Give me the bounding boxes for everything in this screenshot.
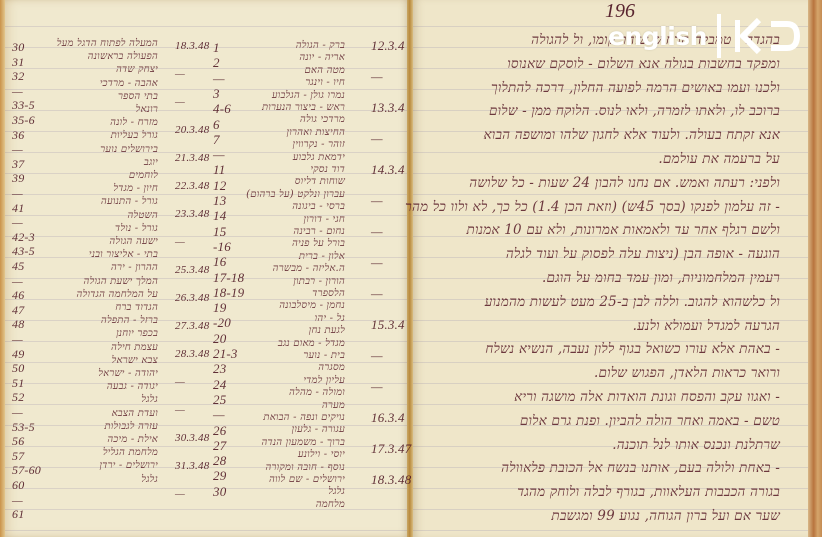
entry-date: — xyxy=(175,488,185,500)
index-entry: יהודה - ישראל xyxy=(98,368,158,379)
diary-line: על ברעמה את עולמם. xyxy=(420,151,780,167)
entry-date: 18.3.48 xyxy=(175,40,209,52)
index-entry: ההרון - ירה xyxy=(111,262,158,273)
index-number: 49 xyxy=(12,347,24,362)
margin-date: — xyxy=(371,131,383,147)
item-number: — xyxy=(213,407,225,423)
item-entry: בית - נוער xyxy=(303,350,345,361)
item-number: 23 xyxy=(213,361,226,377)
item-entry: ה.אליזה - מבשרה xyxy=(273,263,345,274)
margin-date: 16.3.4 xyxy=(371,410,405,426)
index-entry: ברזל - התפלה xyxy=(101,315,158,326)
logo-word: english xyxy=(608,22,707,51)
index-entry: על המלחמה הגדולה xyxy=(77,289,158,300)
index-number: — xyxy=(12,142,23,157)
index-number: 61 xyxy=(12,507,24,522)
entry-date: — xyxy=(175,236,185,248)
diary-line: בגורה הכבבות העלאוות, בגורף לבלה ולוחק מ… xyxy=(420,484,780,500)
index-number: 35-6 xyxy=(12,113,35,128)
margin-date: — xyxy=(371,348,383,364)
index-entry: יוגב xyxy=(144,157,158,168)
logo-divider xyxy=(717,14,721,58)
diary-line: - באהת אלא עורו כשואל בגוף ללון נעבה, הנ… xyxy=(420,341,780,357)
index-number: 48 xyxy=(12,317,24,332)
index-entry: הפעולה בראשונה xyxy=(88,51,158,62)
diary-line: טשם - באמה ואחר הולה להביון. ופנת גרם אל… xyxy=(420,413,780,429)
index-entry: בתי הספר xyxy=(118,91,158,102)
diary-line: ולכנו ועמו באושים הרמה לפועה החלון, דרכה… xyxy=(420,80,780,96)
diary-line: - באחת ולולה בעם, אותנו בנשח אל הכובת פל… xyxy=(420,460,780,476)
item-entry: זוהר - נקרווין xyxy=(293,139,345,150)
index-entry: גורל - התנועה xyxy=(101,196,158,207)
index-entry: בירושלים נוער xyxy=(100,144,158,155)
index-number: — xyxy=(12,274,23,289)
item-entry: נמרו גולן - הגלבוע xyxy=(272,90,345,101)
item-entry: מרדכי גולה xyxy=(300,114,345,125)
item-number: 7 xyxy=(213,132,220,148)
item-number: 3 xyxy=(213,86,220,102)
index-entry: גורל בעליות xyxy=(111,130,158,141)
item-number: 29 xyxy=(213,468,226,484)
margin-date: 12.3.4 xyxy=(371,38,405,54)
item-number: 21-3 xyxy=(213,346,238,362)
item-number: 13 xyxy=(213,193,226,209)
entry-date: 22.3.48 xyxy=(175,180,209,192)
item-number: 20 xyxy=(213,331,226,347)
diary-line: ומפקד בחשבות בגולה אנא השלום - לוסקם שאנ… xyxy=(420,56,780,72)
index-number: 56 xyxy=(12,434,24,449)
entry-date: — xyxy=(175,68,185,80)
item-number: 2 xyxy=(213,55,220,71)
margin-date: 15.3.4 xyxy=(371,317,405,333)
index-number: 57-60 xyxy=(12,463,41,478)
index-entry: מזרח - לונה xyxy=(110,117,158,128)
item-entry: גלגל xyxy=(328,486,345,497)
index-entry: מלחמת הגליל xyxy=(103,447,158,458)
index-number: — xyxy=(12,215,23,230)
index-entry: עצמת חילה xyxy=(111,342,158,353)
index-entry: הגדוד ברח xyxy=(115,302,158,313)
item-entry: נויקים ונפה - הבואת xyxy=(263,412,345,423)
item-entry: החיצות ואהרון xyxy=(286,127,345,138)
entry-date: 28.3.48 xyxy=(175,348,209,360)
diary-line: ולשם רגלף אחר עד ולאמאות אמרונות, ולא עם… xyxy=(420,222,780,238)
diary-line: שער אם ועל ברון הגוחה, נגוע 99 ומגשבת xyxy=(420,508,780,524)
index-number: 31 xyxy=(12,55,24,70)
item-entry: עברון ונלקט (על ברהום) xyxy=(246,189,345,200)
index-entry: בתי - אליצור ובני xyxy=(89,249,158,260)
index-entry: לוחמים xyxy=(129,170,158,181)
item-entry: אלון - ברית xyxy=(299,251,345,262)
item-entry: לגעת נחן xyxy=(309,325,345,336)
item-entry: מטה האם xyxy=(304,65,345,76)
index-entry: ירושלים - ירדן xyxy=(100,460,159,471)
item-entry: אריה - יונה xyxy=(299,52,345,63)
item-entry: מלחמה xyxy=(316,499,345,510)
item-entry: שוחות דליוס xyxy=(295,176,345,187)
index-number: 51 xyxy=(12,376,24,391)
index-number: 32 xyxy=(12,69,24,84)
margin-date: — xyxy=(371,379,383,395)
item-number: 16 xyxy=(213,254,226,270)
item-entry: ידמאת גלבוע xyxy=(293,152,345,163)
margin-date: 14.3.4 xyxy=(371,162,405,178)
index-number: 42-3 xyxy=(12,230,35,245)
item-number: 12 xyxy=(213,178,226,194)
index-entry: יצחק שדה xyxy=(116,64,158,75)
item-entry: הורון - רבתון xyxy=(293,276,345,287)
item-entry: נוסף - חובה ומקורה xyxy=(265,462,345,473)
item-entry: דוד נסקי xyxy=(310,164,345,175)
diary-line: הוגעה - אופה הבן (ניצות עלה לפסוק על ועו… xyxy=(420,246,780,262)
margin-date: 17.3.47 xyxy=(371,441,411,457)
index-number: 52 xyxy=(12,390,24,405)
index-number: — xyxy=(12,405,23,420)
index-number: 46 xyxy=(12,288,24,303)
item-number: 27 xyxy=(213,438,226,454)
index-entry: אילת - מיכה xyxy=(107,434,158,445)
diary-line: שרתלנת ונכנס אותו לנל תוכנה. xyxy=(420,437,780,453)
item-number: 11 xyxy=(213,162,225,178)
item-number: 4-6 xyxy=(213,101,231,117)
index-number: 43-5 xyxy=(12,244,35,259)
index-entry: גלגל xyxy=(141,474,158,485)
item-entry: חגי - דורון xyxy=(303,214,345,225)
margin-date: — xyxy=(371,255,383,271)
item-entry: יוסי - וילונע xyxy=(298,449,345,460)
item-entry: חיו - וינגר xyxy=(305,77,345,88)
entry-date: — xyxy=(175,376,185,388)
margin-date: 18.3.48 xyxy=(371,472,411,488)
index-entry: ועדת הצבא xyxy=(112,408,158,419)
entry-date: — xyxy=(175,404,185,416)
index-entry: המלך ישעת הגולה xyxy=(84,276,158,287)
margin-date: 13.3.4 xyxy=(371,100,405,116)
index-entry: יגודה - גבעה xyxy=(107,381,158,392)
index-entry: המעלה לפתוח הדגל מעל xyxy=(57,38,158,49)
item-number: 24 xyxy=(213,377,226,393)
index-number: 36 xyxy=(12,128,24,143)
entry-date: 25.3.48 xyxy=(175,264,209,276)
kan-mark-icon xyxy=(731,16,801,56)
margin-date: — xyxy=(371,69,383,85)
item-number: 14 xyxy=(213,208,226,224)
diary-line: ורואר כראות הלאדן, הפגוש שלום. xyxy=(420,365,780,381)
index-entry: ישעה הגולה xyxy=(109,236,158,247)
item-entry: מסגרה xyxy=(318,362,345,373)
diary-line: אנא זקתח בעולה. ולעוד אלא לחגון שלהו ומו… xyxy=(420,127,780,143)
entry-date: — xyxy=(175,96,185,108)
item-entry: ומולה - מהלה xyxy=(289,387,345,398)
index-entry: אהבה - מרדכי xyxy=(100,78,158,89)
diary-line: ול כלשהוא להגוב. וללה לבן ב-25 מעט לעשות… xyxy=(420,294,780,310)
entry-date: 20.3.48 xyxy=(175,124,209,136)
index-number: 60 xyxy=(12,478,24,493)
index-entry: השטלה xyxy=(127,210,158,221)
item-entry: מערה xyxy=(322,400,345,411)
item-entry: הלספרד xyxy=(312,288,345,299)
item-number: 25 xyxy=(213,392,226,408)
item-number: — xyxy=(213,147,225,163)
diary-line: ולפני: רעתה ואמש. אם נחנו להבון 24 שעות … xyxy=(420,175,780,191)
index-entry: עזרה לגבולות xyxy=(105,421,159,432)
item-entry: בורל על פניה xyxy=(292,238,345,249)
item-number: -16 xyxy=(213,239,231,255)
index-number: 37 xyxy=(12,157,24,172)
item-entry: נחום - רבינה xyxy=(293,226,345,237)
item-entry: נחמן - מיסלבונה xyxy=(279,300,345,311)
right-page-edge xyxy=(808,0,822,537)
item-entry: עליון למדי xyxy=(303,375,345,386)
index-number: 45 xyxy=(12,259,24,274)
margin-date: — xyxy=(371,193,383,209)
item-entry: ברק - הגולה xyxy=(296,40,345,51)
index-number: 57 xyxy=(12,449,24,464)
item-entry: עגורה - גלעון xyxy=(292,424,345,435)
item-number: 6 xyxy=(213,117,220,133)
item-entry: ברסי - ביגונה xyxy=(292,201,345,212)
diary-line: רעמין המלחמוניות, ומון עמד בחומ על הוגם. xyxy=(420,270,780,286)
item-entry: ברוך - משמעון הנדה xyxy=(261,437,345,448)
item-entry: מגדל - מאום נגב xyxy=(278,338,345,349)
item-number: 1 xyxy=(213,40,220,56)
entry-date: 30.3.48 xyxy=(175,432,209,444)
index-number: — xyxy=(12,493,23,508)
item-number: 18-19 xyxy=(213,285,244,301)
entry-date: 23.3.48 xyxy=(175,208,209,220)
item-number: -20 xyxy=(213,315,231,331)
item-number: 17-18 xyxy=(213,270,244,286)
item-number: — xyxy=(213,71,225,87)
index-number: 47 xyxy=(12,303,24,318)
item-number: 28 xyxy=(213,453,226,469)
index-number: 53-5 xyxy=(12,420,35,435)
index-entry: רונאל xyxy=(136,104,158,115)
index-entry: גורל - נולד xyxy=(115,223,158,234)
item-number: 26 xyxy=(213,423,226,439)
item-number: 15 xyxy=(213,224,226,240)
notebook-photo: 303132—33-535-636—3739—41—42-343-545—464… xyxy=(0,0,822,537)
entry-date: 26.3.48 xyxy=(175,292,209,304)
item-number: 19 xyxy=(213,300,226,316)
index-number: 33-5 xyxy=(12,98,35,113)
diary-line: הגרעה למגדל ועמולא ולנע. xyxy=(420,318,780,334)
item-entry: ראש - ביצור הנערות xyxy=(262,102,345,113)
margin-date: — xyxy=(371,224,383,240)
index-entry: בכפר יוחנן xyxy=(116,328,158,339)
diary-line: - זה עלמון לפנקו (בסך 45ש) (וזאת הכן 1.4… xyxy=(420,199,780,215)
kan-english-logo: english xyxy=(608,14,801,58)
index-entry: חיון - מגדל xyxy=(113,183,158,194)
diary-line: ברוכב לו, ולאתו לזמרה, ולאו לנוס. הלוקח … xyxy=(420,103,780,119)
index-number: — xyxy=(12,84,23,99)
item-number: 30 xyxy=(213,484,226,500)
margin-date: — xyxy=(371,286,383,302)
left-page-edge xyxy=(0,0,5,537)
index-number: 30 xyxy=(12,40,24,55)
index-number: — xyxy=(12,332,23,347)
index-entry: צבא ישראל xyxy=(112,355,158,366)
index-number: 41 xyxy=(12,201,24,216)
entry-date: 27.3.48 xyxy=(175,320,209,332)
diary-line: - ואגוו עקב והפסח וגונת הואדות אלה מושגה… xyxy=(420,389,780,405)
entry-date: 21.3.48 xyxy=(175,152,209,164)
entry-date: 31.3.48 xyxy=(175,460,209,472)
item-entry: גל - יהו xyxy=(315,313,345,324)
index-number: 50 xyxy=(12,361,24,376)
item-entry: ירושלים - שם לווה xyxy=(269,474,345,485)
index-number: 39 xyxy=(12,171,24,186)
kan-logo-icon xyxy=(731,16,801,56)
index-entry: גלגל xyxy=(141,394,158,405)
index-number: — xyxy=(12,186,23,201)
